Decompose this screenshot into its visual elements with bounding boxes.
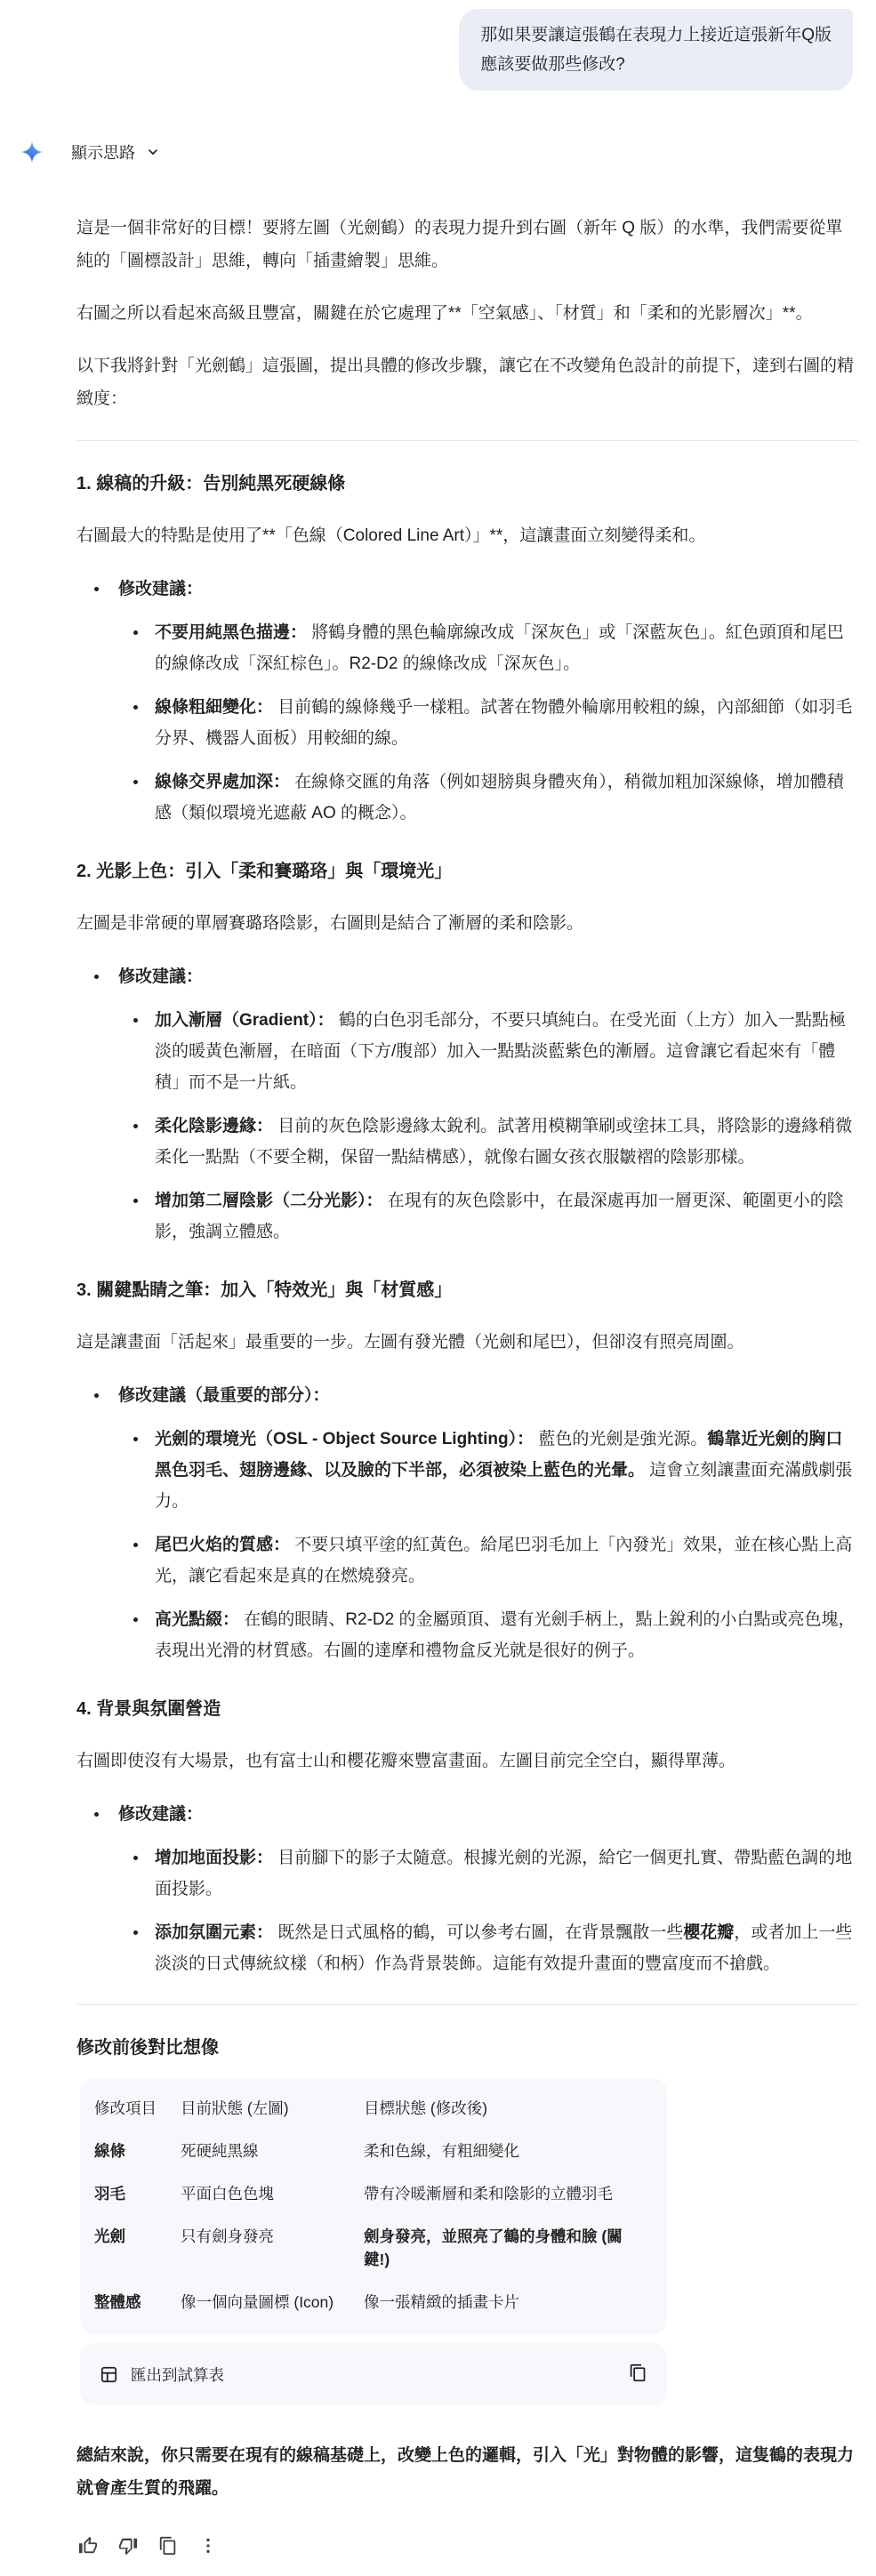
- suggestion-label: 修改建議：: [76, 961, 858, 992]
- table-toolbar-card: 匯出到試算表: [80, 2343, 667, 2405]
- table-cell: 像一張精緻的插畫卡片: [364, 2281, 653, 2323]
- chevron-down-icon: [146, 145, 160, 159]
- table-header-row: 修改項目 目前狀態 (左圖) 目標狀態 (修改後): [94, 2087, 653, 2130]
- bullet-item: 增加第二層陰影（二分光影）： 在現有的灰色陰影中，在最深處再加一層更深、範圍更小…: [76, 1185, 858, 1248]
- table-row: 整體感 像一個向量圖標 (Icon) 像一張精緻的插畫卡片: [94, 2281, 653, 2323]
- comparison-heading: 修改前後對比想像: [76, 2032, 858, 2064]
- comparison-table-card: 修改項目 目前狀態 (左圖) 目標狀態 (修改後) 線條 死硬純黑線 柔和色線，…: [80, 2078, 667, 2334]
- bullet-item: 線條粗細變化： 目前鶴的線條幾乎一樣粗。試著在物體外輪廓用較粗的線，內部細節（如…: [76, 692, 858, 754]
- bullet-item: 柔化陰影邊緣： 目前的灰色陰影邊緣太銳利。試著用模糊筆刷或塗抹工具，將陰影的邊緣…: [76, 1111, 858, 1173]
- table-header-cell: 目標狀態 (修改後): [364, 2087, 653, 2130]
- table-header-cell: 目前狀態 (左圖): [181, 2087, 364, 2130]
- show-thinking-toggle[interactable]: 顯示思路: [21, 140, 160, 164]
- intro-paragraph: 這是一個非常好的目標！要將左圖（光劍鶴）的表現力提升到右圖（新年 Q 版）的水準…: [76, 212, 858, 277]
- copy-icon: [629, 2363, 647, 2382]
- suggestion-label: 修改建議：: [76, 574, 858, 605]
- copy-icon: [158, 2536, 178, 2556]
- section-intro: 這是讓畫面「活起來」最重要的一步。左圖有發光體（光劍和尾巴），但卻沒有照亮周圍。: [76, 1326, 858, 1359]
- table-cell: 只有劍身發亮: [181, 2215, 364, 2281]
- bullet-item: 加入漸層（Gradient）： 鶴的白色羽毛部分，不要只填純白。在受光面（上方）…: [76, 1005, 858, 1098]
- table-header-cell: 修改項目: [94, 2087, 181, 2130]
- table-cell: 羽毛: [94, 2172, 181, 2215]
- bullet-item: 不要用純黑色描邊： 將鶴身體的黑色輪廓線改成「深灰色」或「深藍灰色」。紅色頭頂和…: [76, 617, 858, 679]
- user-message-line: 應該要做那些修改?: [480, 50, 832, 79]
- comparison-table: 修改項目 目前狀態 (左圖) 目標狀態 (修改後) 線條 死硬純黑線 柔和色線，…: [94, 2087, 653, 2323]
- suggestion-list: 修改建議（最重要的部分）： 光劍的環境光（OSL - Object Source…: [76, 1380, 858, 1666]
- table-cell: 死硬純黑線: [181, 2130, 364, 2172]
- intro-paragraph: 以下我將針對「光劍鶴」這張圖，提出具體的修改步驟，讓它在不改變角色設計的前提下，…: [76, 349, 858, 415]
- table-row: 羽毛 平面白色色塊 帶有冷暖漸層和柔和陰影的立體羽毛: [94, 2172, 653, 2215]
- table-cell: 劍身發亮，並照亮了鶴的身體和臉 (關鍵!): [364, 2215, 653, 2281]
- gemini-sparkle-icon: [21, 141, 43, 163]
- summary-paragraph: 總結來說，你只需要在現有的線稿基礎上，改變上色的邏輯，引入「光」對物體的影響，這…: [76, 2439, 858, 2505]
- model-response: 這是一個非常好的目標！要將左圖（光劍鶴）的表現力提升到右圖（新年 Q 版）的水準…: [0, 212, 876, 2576]
- section-heading: 2. 光影上色：引入「柔和賽璐珞」與「環境光」: [76, 855, 858, 887]
- thumbs-down-button[interactable]: [117, 2535, 140, 2558]
- suggestion-list: 修改建議： 不要用純黑色描邊： 將鶴身體的黑色輪廓線改成「深灰色」或「深藍灰色」…: [76, 574, 858, 829]
- thumb-up-icon: [78, 2536, 98, 2556]
- divider: [76, 2004, 858, 2005]
- bullet-item: 線條交界處加深： 在線條交匯的角落（例如翅膀與身體夾角），稍微加粗加深線條，增加…: [76, 766, 858, 829]
- suggestion-label: 修改建議：: [76, 1799, 858, 1830]
- table-cell: 光劍: [94, 2215, 181, 2281]
- intro-paragraph: 右圖之所以看起來高級且豐富，關鍵在於它處理了**「空氣感」、「材質」和「柔和的光…: [76, 297, 858, 330]
- user-message-bubble: 那如果要讓這張鶴在表現力上接近這張新年Q版 應該要做那些修改?: [459, 9, 853, 91]
- table-cell: 線條: [94, 2130, 181, 2172]
- bullet-item: 高光點綴： 在鶴的眼睛、R2-D2 的金屬頭頂、還有光劍手柄上，點上銳利的小白點…: [76, 1604, 858, 1666]
- table-cell: 整體感: [94, 2281, 181, 2323]
- bullet-item: 增加地面投影： 目前腳下的影子太隨意。根據光劍的光源，給它一個更扎實、帶點藍色調…: [76, 1842, 858, 1905]
- table-cell: 柔和色線，有粗細變化: [364, 2130, 653, 2172]
- thumb-down-icon: [118, 2536, 138, 2556]
- suggestion-list: 修改建議： 增加地面投影： 目前腳下的影子太隨意。根據光劍的光源，給它一個更扎實…: [76, 1799, 858, 1979]
- more-options-button[interactable]: [197, 2535, 220, 2558]
- user-message-line: 那如果要讓這張鶴在表現力上接近這張新年Q版: [480, 20, 832, 50]
- export-to-sheets-label: 匯出到試算表: [131, 2363, 224, 2386]
- table-grid-icon: [100, 2365, 118, 2384]
- divider: [76, 440, 858, 441]
- export-to-sheets-button[interactable]: 匯出到試算表: [100, 2363, 224, 2386]
- section-intro: 左圖是非常硬的單層賽璐珞陰影，右圖則是結合了漸層的柔和陰影。: [76, 907, 858, 940]
- thumbs-up-button[interactable]: [76, 2535, 100, 2558]
- response-actions: [76, 2535, 858, 2576]
- more-vert-icon: [198, 2536, 218, 2556]
- table-row: 光劍 只有劍身發亮 劍身發亮，並照亮了鶴的身體和臉 (關鍵!): [94, 2215, 653, 2281]
- copy-table-button[interactable]: [629, 2363, 647, 2385]
- section-heading: 3. 關鍵點睛之筆：加入「特效光」與「材質感」: [76, 1274, 858, 1306]
- section-intro: 右圖最大的特點是使用了**「色線（Colored Line Art）」**，這讓…: [76, 519, 858, 552]
- table-cell: 帶有冷暖漸層和柔和陰影的立體羽毛: [364, 2172, 653, 2215]
- table-cell: 像一個向量圖標 (Icon): [181, 2281, 364, 2323]
- suggestion-label: 修改建議（最重要的部分）：: [76, 1380, 858, 1411]
- show-thinking-label: 顯示思路: [71, 140, 135, 164]
- table-row: 線條 死硬純黑線 柔和色線，有粗細變化: [94, 2130, 653, 2172]
- section-heading: 1. 線稿的升級：告別純黑死硬線條: [76, 468, 858, 500]
- bullet-item: 光劍的環境光（OSL - Object Source Lighting）： 藍色…: [76, 1424, 858, 1517]
- suggestion-list: 修改建議： 加入漸層（Gradient）： 鶴的白色羽毛部分，不要只填純白。在受…: [76, 961, 858, 1248]
- section-heading: 4. 背景與氛圍營造: [76, 1693, 858, 1725]
- bullet-item: 尾巴火焰的質感： 不要只填平塗的紅黃色。給尾巴羽毛加上「內發光」效果，並在核心點…: [76, 1529, 858, 1592]
- copy-response-button[interactable]: [157, 2535, 180, 2558]
- user-message-row: 那如果要讓這張鶴在表現力上接近這張新年Q版 應該要做那些修改?: [0, 0, 876, 91]
- section-intro: 右圖即使沒有大場景，也有富士山和櫻花瓣來豐富畫面。左圖目前完全空白，顯得單薄。: [76, 1745, 858, 1778]
- bullet-item: 添加氛圍元素： 既然是日式風格的鶴，可以參考右圖，在背景飄散一些櫻花瓣，或者加上…: [76, 1917, 858, 1979]
- table-cell: 平面白色色塊: [181, 2172, 364, 2215]
